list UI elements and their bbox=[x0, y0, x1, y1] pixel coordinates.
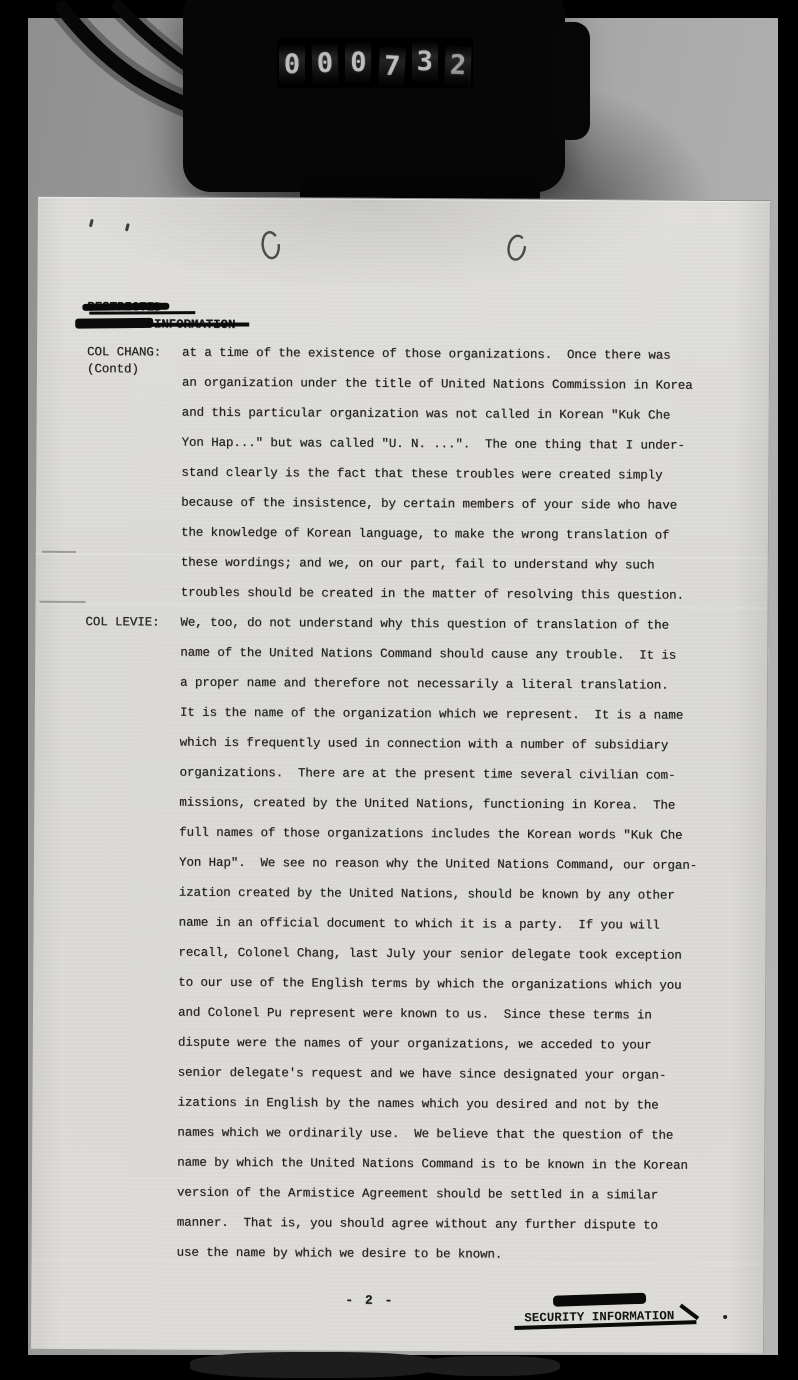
typed-line: ization created by the United Nations, s… bbox=[179, 878, 749, 911]
typed-line: at a time of the existence of those orga… bbox=[182, 338, 752, 371]
restricted-stamp-struck-bottom: RESTRICTED bbox=[561, 1292, 636, 1310]
typed-line: names which we ordinarily use. We believ… bbox=[177, 1118, 747, 1151]
speaker-column: COL CHANG:(Contd) bbox=[85, 337, 182, 608]
typed-line: organizations. There are at the present … bbox=[179, 758, 749, 791]
classification-stamp-bottom: RESTRICTED SECURITY INFORMATION bbox=[499, 1291, 699, 1328]
speech-block: COL LEVIE:We, too, do not understand why… bbox=[81, 607, 750, 1271]
typed-line: name in an official document to which it… bbox=[178, 908, 748, 941]
pencil-circle-mark-left bbox=[256, 226, 286, 264]
speaker-column: COL LEVIE: bbox=[81, 607, 180, 1268]
typed-line: use the name by which we desire to be kn… bbox=[176, 1238, 746, 1271]
security-information-stamp-struck-bottom: SECURITY INFORMATION bbox=[524, 1308, 674, 1327]
speech-lines: at a time of the existence of those orga… bbox=[180, 338, 752, 611]
typed-line: name by which the United Nations Command… bbox=[177, 1148, 747, 1181]
document-page: RESTRICTED SECURITY INFORMATION COL CHAN… bbox=[31, 196, 771, 1353]
typed-line: name of the United Nations Command shoul… bbox=[180, 638, 750, 671]
dialogue: COL CHANG:(Contd)at a time of the existe… bbox=[81, 337, 752, 1271]
typed-line: these wordings; and we, on our part, fai… bbox=[181, 548, 751, 581]
pencil-circle-mark-right bbox=[502, 230, 532, 266]
classification-stamp-top: RESTRICTED SECURITY INFORMATION bbox=[87, 299, 235, 334]
microfilm-frame-counter-device: 000732 bbox=[183, 0, 565, 192]
margin-smudge bbox=[42, 551, 76, 553]
typed-line: izations in English by the names which y… bbox=[177, 1088, 747, 1121]
typed-line: because of the insistence, by certain me… bbox=[181, 488, 751, 521]
typed-line: manner. That is, you should agree withou… bbox=[177, 1208, 747, 1241]
typed-line: recall, Colonel Chang, last July your se… bbox=[178, 938, 748, 971]
margin-smudge bbox=[40, 601, 86, 603]
device-side-knob bbox=[552, 22, 590, 140]
typed-line: dispute were the names of your organizat… bbox=[178, 1028, 748, 1061]
speaker-label: COL LEVIE: bbox=[85, 607, 180, 630]
typed-line: missions, created by the United Nations,… bbox=[179, 788, 749, 821]
typed-line: It is the name of the organization which… bbox=[180, 698, 750, 731]
ink-dot bbox=[723, 1315, 727, 1319]
speaker-note: (Contd) bbox=[87, 359, 182, 380]
typed-line: version of the Armistice Agreement shoul… bbox=[177, 1178, 747, 1211]
pencil-tick-mark bbox=[89, 219, 94, 227]
typed-line: and this particular organization was not… bbox=[182, 398, 752, 431]
restricted-stamp-struck: RESTRICTED bbox=[87, 299, 161, 316]
page-footer: - 2 - RESTRICTED SECURITY INFORMATION bbox=[31, 1289, 764, 1293]
film-edge-artifact bbox=[420, 1356, 560, 1376]
counter-glass-glare bbox=[277, 38, 469, 88]
speaker-label: COL CHANG: bbox=[87, 337, 182, 360]
typed-line: We, too, do not understand why this ques… bbox=[180, 608, 750, 641]
typed-line: to our use of the English terms by which… bbox=[178, 968, 748, 1001]
speech-lines: We, too, do not understand why this ques… bbox=[176, 608, 750, 1271]
pencil-tick-mark bbox=[125, 223, 130, 231]
typed-line: Yon Hap". We see no reason why the Unite… bbox=[179, 848, 749, 881]
typed-line: stand clearly is the fact that these tro… bbox=[181, 458, 751, 491]
speech-block: COL CHANG:(Contd)at a time of the existe… bbox=[85, 337, 752, 611]
typed-line: full names of those organizations includ… bbox=[179, 818, 749, 851]
typed-line: which is frequently used in connection w… bbox=[180, 728, 750, 761]
page-number: - 2 - bbox=[345, 1293, 394, 1308]
security-information-stamp-struck: SECURITY INFORMATION bbox=[87, 316, 235, 334]
typed-line: and Colonel Pu represent were known to u… bbox=[178, 998, 748, 1031]
typed-line: troubles should be created in the matter… bbox=[180, 578, 750, 611]
typed-line: a proper name and therefore not necessar… bbox=[180, 668, 750, 701]
typed-line: the knowledge of Korean language, to mak… bbox=[181, 518, 751, 551]
typed-line: an organization under the title of Unite… bbox=[182, 368, 752, 401]
typed-line: senior delegate's request and we have si… bbox=[178, 1058, 748, 1091]
typed-line: Yon Hap..." but was called "U. N. ...". … bbox=[181, 428, 751, 461]
film-edge-artifact bbox=[190, 1352, 440, 1378]
